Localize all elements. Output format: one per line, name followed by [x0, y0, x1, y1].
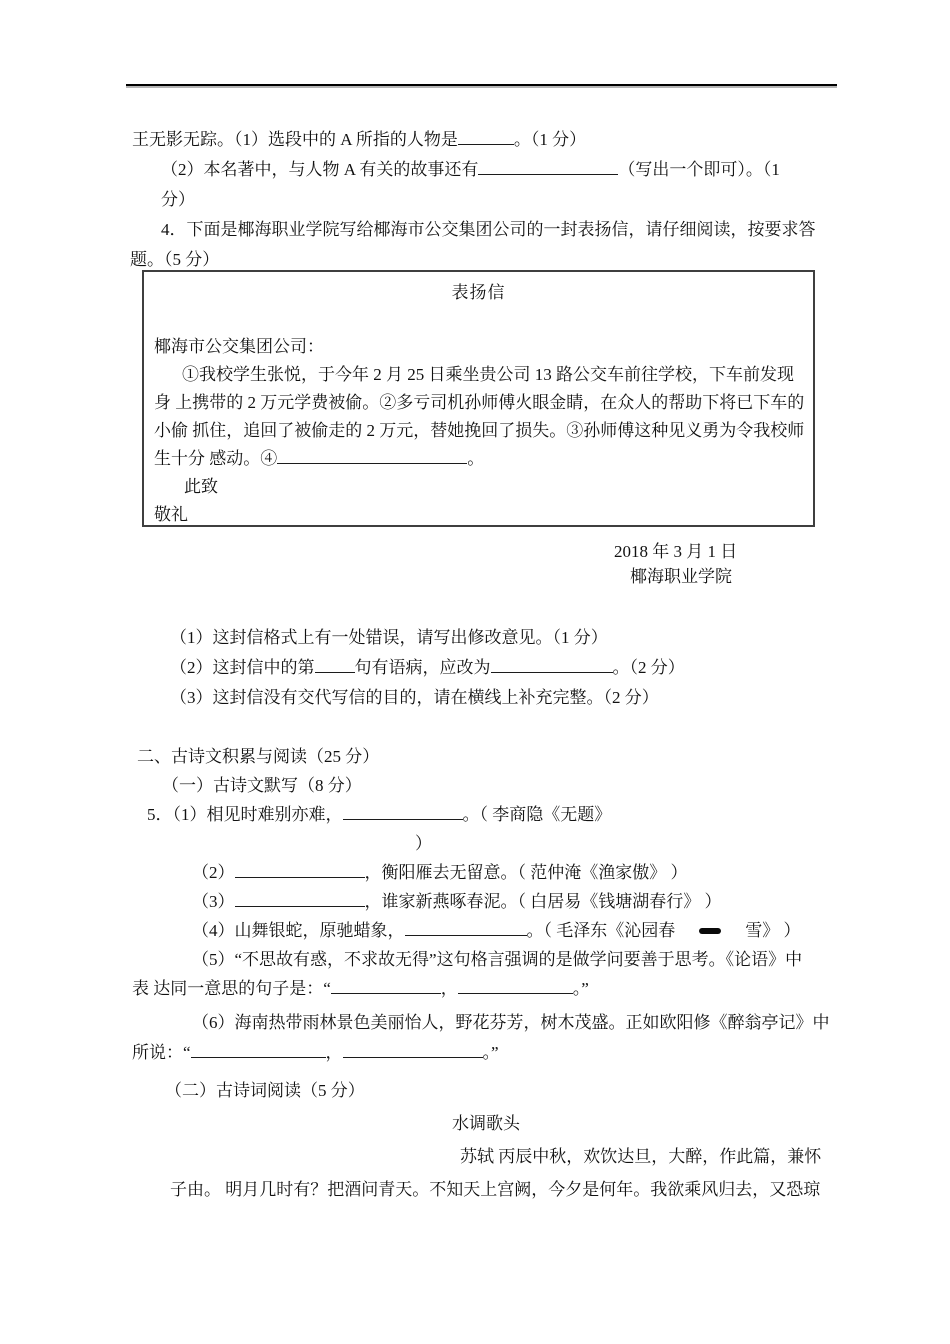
letter-questions: （1）这封信格式上有一处错误，请写出修改意见。（1 分）（2）这封信中的第句有语…: [130, 623, 842, 713]
text-run: 4．下面是椰海职业学院写给椰海市公交集团公司的一封表扬信，请仔细阅读，按要求答: [161, 220, 816, 239]
text-line: （3），谁家新燕啄春泥。（ 白居易《钱塘湖春行》 ）: [130, 887, 842, 916]
answer-blank: [191, 1042, 326, 1058]
answer-blank: [458, 129, 514, 145]
letter-signature: 椰海职业学院: [630, 564, 732, 590]
text-run: 5．（1）相见时难别亦难，: [147, 805, 343, 824]
text-line: 苏轼 丙辰中秋，欢饮达旦，大醉，作此篇，兼怀: [130, 1140, 842, 1173]
commendation-letter-box: 表扬信 椰海市公交集团公司：①我校学生张悦，于今年 2 月 25 日乘坐贵公司 …: [142, 270, 815, 527]
text-run: （写出一个即可）。（1: [618, 160, 780, 179]
text-run: （二）古诗词阅读（5 分）: [165, 1081, 365, 1100]
text-line: （二）古诗词阅读（5 分）: [130, 1074, 842, 1107]
text-run: 句有语病，应改为: [355, 658, 491, 677]
answer-blank: [478, 159, 618, 175]
letter-title: 表扬信: [144, 278, 813, 308]
text-line: （5）“不思故有惑，不求故无得”这句格言强调的是做学问要善于思考。《论语》中: [130, 945, 842, 974]
answer-blank: [315, 657, 355, 673]
answer-blank: [235, 891, 365, 907]
answer-blank: [458, 978, 573, 994]
text-run: 子由。 明月几时有？把酒问青天。不知天上宫阙，今夕是何年。我欲乘风归去，又恐琼: [170, 1180, 820, 1199]
answer-blank: [405, 920, 527, 936]
text-run: ①我校学生张悦，于今年 2 月 25 日乘坐贵公司 13 路公交车前往学校，下车…: [182, 365, 794, 384]
answer-blank: [277, 448, 467, 464]
text-run: （3）: [192, 892, 235, 911]
text-run: 身 上携带的 2 万元学费被偷。②多亏司机孙师傅火眼金睛，在众人的帮助下将已下车…: [154, 393, 804, 412]
letter-body: 椰海市公交集团公司：①我校学生张悦，于今年 2 月 25 日乘坐贵公司 13 路…: [144, 333, 813, 529]
text-run: ）: [415, 834, 432, 853]
text-run: 二、古诗文积累与阅读（25 分）: [137, 747, 379, 766]
intro-paragraphs: 王无影无踪。（1）选段中的 A 所指的人物是。（1 分）（2）本名著中，与人物 …: [130, 125, 842, 275]
text-run: （6）海南热带雨林景色美丽怡人，野花芬芳，树木茂盛。正如欧阳修《醉翁亭记》中: [192, 1013, 830, 1032]
text-run: ，谁家新燕啄春泥。（ 白居易《钱塘湖春行》 ）: [365, 892, 722, 911]
text-line: 5．（1）相见时难别亦难，。（ 李商隐《无题》: [130, 800, 842, 829]
text-run: 苏轼 丙辰中秋，欢饮达旦，大醉，作此篇，兼怀: [460, 1147, 821, 1166]
text-run: （5）“不思故有惑，不求故无得”这句格言强调的是做学问要善于思考。《论语》中: [192, 950, 802, 969]
answer-blank: [343, 804, 463, 820]
text-run: （2）: [192, 863, 235, 882]
text-run: 敬礼: [154, 505, 188, 524]
text-line: 所说：“，。”: [130, 1038, 842, 1068]
text-run: ，: [326, 1043, 343, 1062]
text-run: 所说：“: [132, 1043, 191, 1062]
text-line: （6）海南热带雨林景色美丽怡人，野花芬芳，树木茂盛。正如欧阳修《醉翁亭记》中: [130, 1008, 842, 1038]
text-line: （1）这封信格式上有一处错误，请写出修改意见。（1 分）: [130, 623, 842, 653]
text-run: 。（ 李商隐《无题》: [463, 805, 612, 824]
exam-page: 王无影无踪。（1）选段中的 A 所指的人物是。（1 分）（2）本名著中，与人物 …: [0, 0, 950, 1344]
text-run: 。”: [573, 979, 589, 998]
text-run: 椰海市公交集团公司：: [154, 337, 324, 356]
text-run: 。: [467, 449, 484, 468]
text-run: 。”: [483, 1043, 499, 1062]
text-line: 水调歌头: [130, 1107, 842, 1140]
text-run: （4）山舞银蛇，原驰蜡象，: [192, 921, 405, 940]
header-rule: [126, 84, 837, 88]
text-run: （一）古诗文默写（8 分）: [162, 776, 362, 795]
separator-bar-icon: [699, 928, 721, 934]
answer-blank: [343, 1042, 483, 1058]
text-line: （2）这封信中的第句有语病，应改为。（2 分）: [130, 653, 842, 683]
section-two-poem-reading: （二）古诗词阅读（5 分）水调歌头苏轼 丙辰中秋，欢饮达旦，大醉，作此篇，兼怀子…: [130, 1074, 842, 1206]
text-run: 。（ 毛泽东《沁园春: [527, 921, 676, 940]
text-run: 。（1 分）: [514, 130, 586, 149]
text-run: （1）这封信格式上有一处错误，请写出修改意见。（1 分）: [170, 628, 608, 647]
text-line: 二、古诗文积累与阅读（25 分）: [130, 742, 842, 771]
text-line: 王无影无踪。（1）选段中的 A 所指的人物是。（1 分）: [130, 125, 842, 155]
text-run: 雪》 ）: [745, 921, 800, 940]
section-two-recitation: 二、古诗文积累与阅读（25 分）（一）古诗文默写（8 分）5．（1）相见时难别亦…: [130, 742, 842, 1003]
text-line: 敬礼: [154, 501, 803, 529]
answer-blank: [235, 862, 365, 878]
text-line: 4．下面是椰海职业学院写给椰海市公交集团公司的一封表扬信，请仔细阅读，按要求答: [130, 215, 842, 245]
text-run: 此致: [184, 477, 218, 496]
text-run: （3）这封信没有交代写信的目的，请在横线上补充完整。（2 分）: [170, 688, 659, 707]
text-line: 生十分 感动。④。: [154, 445, 803, 473]
text-line: 分）: [130, 185, 842, 215]
text-run: ，衡阳雁去无留意。（ 范仲淹《渔家傲》 ）: [365, 863, 688, 882]
answer-blank: [331, 978, 441, 994]
text-run: 水调歌头: [452, 1114, 520, 1133]
text-line: （2）本名著中，与人物 A 有关的故事还有（写出一个即可）。（1: [130, 155, 842, 185]
text-run: 生十分 感动。④: [154, 449, 277, 468]
section-two-recitation-continued: （6）海南热带雨林景色美丽怡人，野花芬芳，树木茂盛。正如欧阳修《醉翁亭记》中所说…: [130, 1008, 842, 1068]
text-line: （4）山舞银蛇，原驰蜡象，。（ 毛泽东《沁园春雪》 ）: [130, 916, 842, 945]
text-run: 题。（5 分）: [130, 250, 219, 269]
text-run: 小偷 抓住，追回了被偷走的 2 万元，替她挽回了损失。③孙师傅这种见义勇为令我校…: [154, 421, 804, 440]
text-line: 子由。 明月几时有？把酒问青天。不知天上宫阙，今夕是何年。我欲乘风归去，又恐琼: [130, 1173, 842, 1206]
text-run: （2）本名著中，与人物 A 有关的故事还有: [161, 160, 478, 179]
text-line: （2），衡阳雁去无留意。（ 范仲淹《渔家傲》 ）: [130, 858, 842, 887]
text-run: 王无影无踪。（1）选段中的 A 所指的人物是: [132, 130, 458, 149]
text-line: 表 达同一意思的句子是：“，。”: [130, 974, 842, 1003]
text-run: 表 达同一意思的句子是：“: [132, 979, 331, 998]
text-line: ）: [130, 829, 842, 858]
text-line: 身 上携带的 2 万元学费被偷。②多亏司机孙师傅火眼金睛，在众人的帮助下将已下车…: [154, 389, 803, 417]
letter-date: 2018 年 3 月 1 日: [614, 539, 737, 565]
text-line: 此致: [154, 473, 803, 501]
text-line: （3）这封信没有交代写信的目的，请在横线上补充完整。（2 分）: [130, 683, 842, 713]
text-line: 椰海市公交集团公司：: [154, 333, 803, 361]
answer-blank: [491, 657, 613, 673]
text-line: （一）古诗文默写（8 分）: [130, 771, 842, 800]
text-line: 小偷 抓住，追回了被偷走的 2 万元，替她挽回了损失。③孙师傅这种见义勇为令我校…: [154, 417, 803, 445]
text-run: 。（2 分）: [613, 658, 685, 677]
text-run: 分）: [161, 190, 195, 209]
text-run: ，: [441, 979, 458, 998]
text-run: （2）这封信中的第: [170, 658, 315, 677]
text-line: ①我校学生张悦，于今年 2 月 25 日乘坐贵公司 13 路公交车前往学校，下车…: [154, 361, 803, 389]
